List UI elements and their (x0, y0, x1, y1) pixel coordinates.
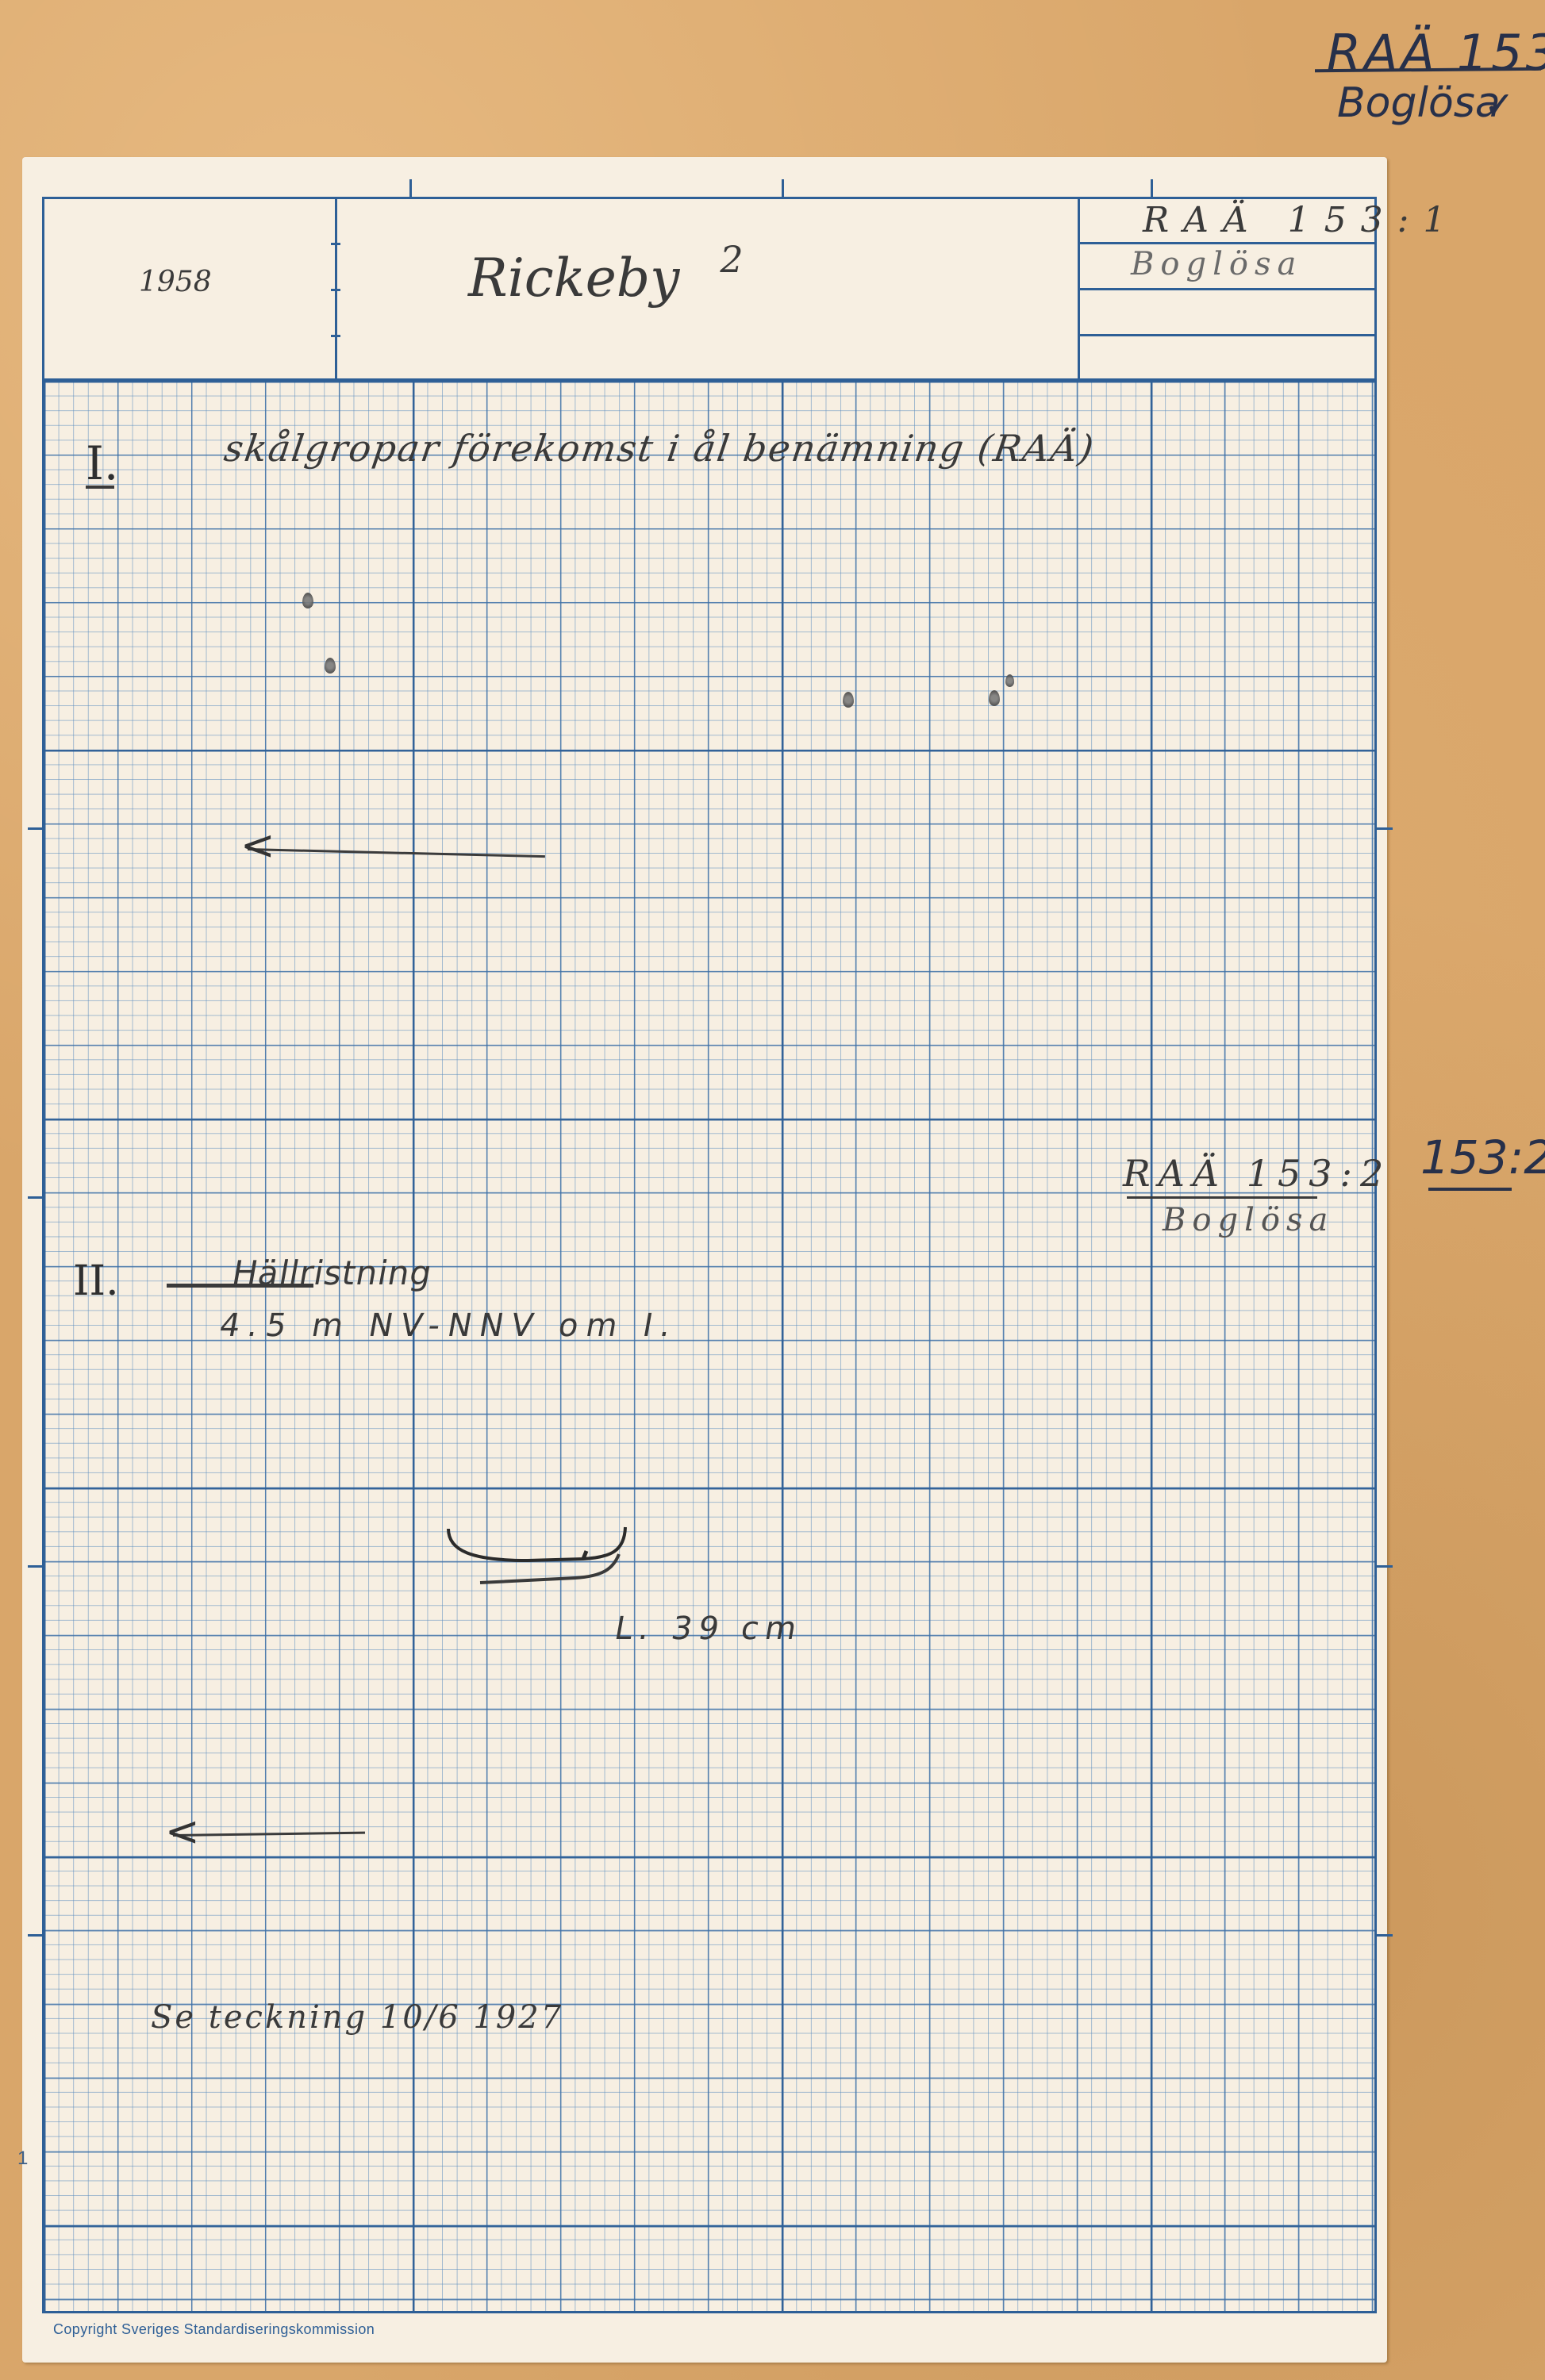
cup-mark-1 (302, 593, 313, 608)
cup-mark-4 (989, 690, 1000, 706)
left-margin-tick-2 (28, 1196, 44, 1199)
cup-mark-5 (1005, 674, 1014, 687)
registry-row-line-2 (1078, 288, 1377, 290)
section-2-heading-underline-placeholder (167, 1284, 313, 1288)
section-2-registry-place: Boglösa (1163, 1202, 1334, 1238)
copyright-notice: Copyright Sveriges Standardiseringskommi… (53, 2321, 375, 2338)
section-2-description: 4.5 m NV-NNV om I. (217, 1307, 682, 1344)
side-tick-2 (331, 289, 340, 291)
edge-number: 1 (17, 2148, 28, 2170)
folder-place-name: Boglösa (1337, 79, 1501, 127)
top-tick-1 (409, 179, 412, 197)
cup-mark-3 (843, 692, 854, 708)
north-arrow-2-icon: < (165, 1811, 200, 1852)
folder-secondary-underline (1428, 1188, 1512, 1191)
site-title-superscript: 2 (720, 238, 743, 281)
cup-mark-2 (325, 658, 336, 674)
left-margin-tick-1 (28, 827, 44, 830)
site-title-text: Rickeby (468, 248, 679, 309)
ship-measurement: L. 39 cm (612, 1610, 805, 1647)
section-2-registry-code: RAÄ 153:2 (1123, 1152, 1391, 1195)
section-1-text: skålgropar förekomst i ål benämning (RAÄ… (221, 427, 1097, 470)
top-tick-2 (782, 179, 784, 197)
section-2-numeral: II. (73, 1257, 119, 1305)
site-title: Rickeby 2 (468, 238, 744, 309)
section-1-numeral: I. (86, 436, 118, 490)
year-label: 1958 (139, 266, 212, 298)
ship-carving-sketch (440, 1519, 647, 1591)
right-margin-tick-1 (1377, 827, 1393, 830)
top-tick-3 (1151, 179, 1153, 197)
left-margin-tick-3 (28, 1565, 44, 1568)
section-2-registry-underline (1127, 1196, 1317, 1199)
registry-row-line-1 (1078, 242, 1377, 244)
folder-registry-code: RAÄ 153:1 (1327, 24, 1545, 82)
section-1-numeral-underline (86, 486, 114, 489)
side-tick-1 (331, 243, 340, 245)
north-arrow-1-icon: < (240, 825, 275, 866)
header-registry-code: RAÄ 153:1 (1143, 200, 1459, 240)
drawing-reference-note: Se teckning 10/6 1927 (151, 1999, 563, 2036)
registry-row-line-3 (1078, 334, 1377, 336)
right-margin-tick-2 (1377, 1565, 1393, 1568)
side-tick-3 (331, 335, 340, 337)
right-margin-tick-3 (1377, 1934, 1393, 1937)
check-mark-icon: ✓ (1484, 83, 1515, 126)
folder-secondary-code: 153:2 (1420, 1130, 1545, 1184)
header-registry-place: Boglösa (1131, 246, 1302, 282)
left-margin-tick-4 (28, 1934, 44, 1937)
